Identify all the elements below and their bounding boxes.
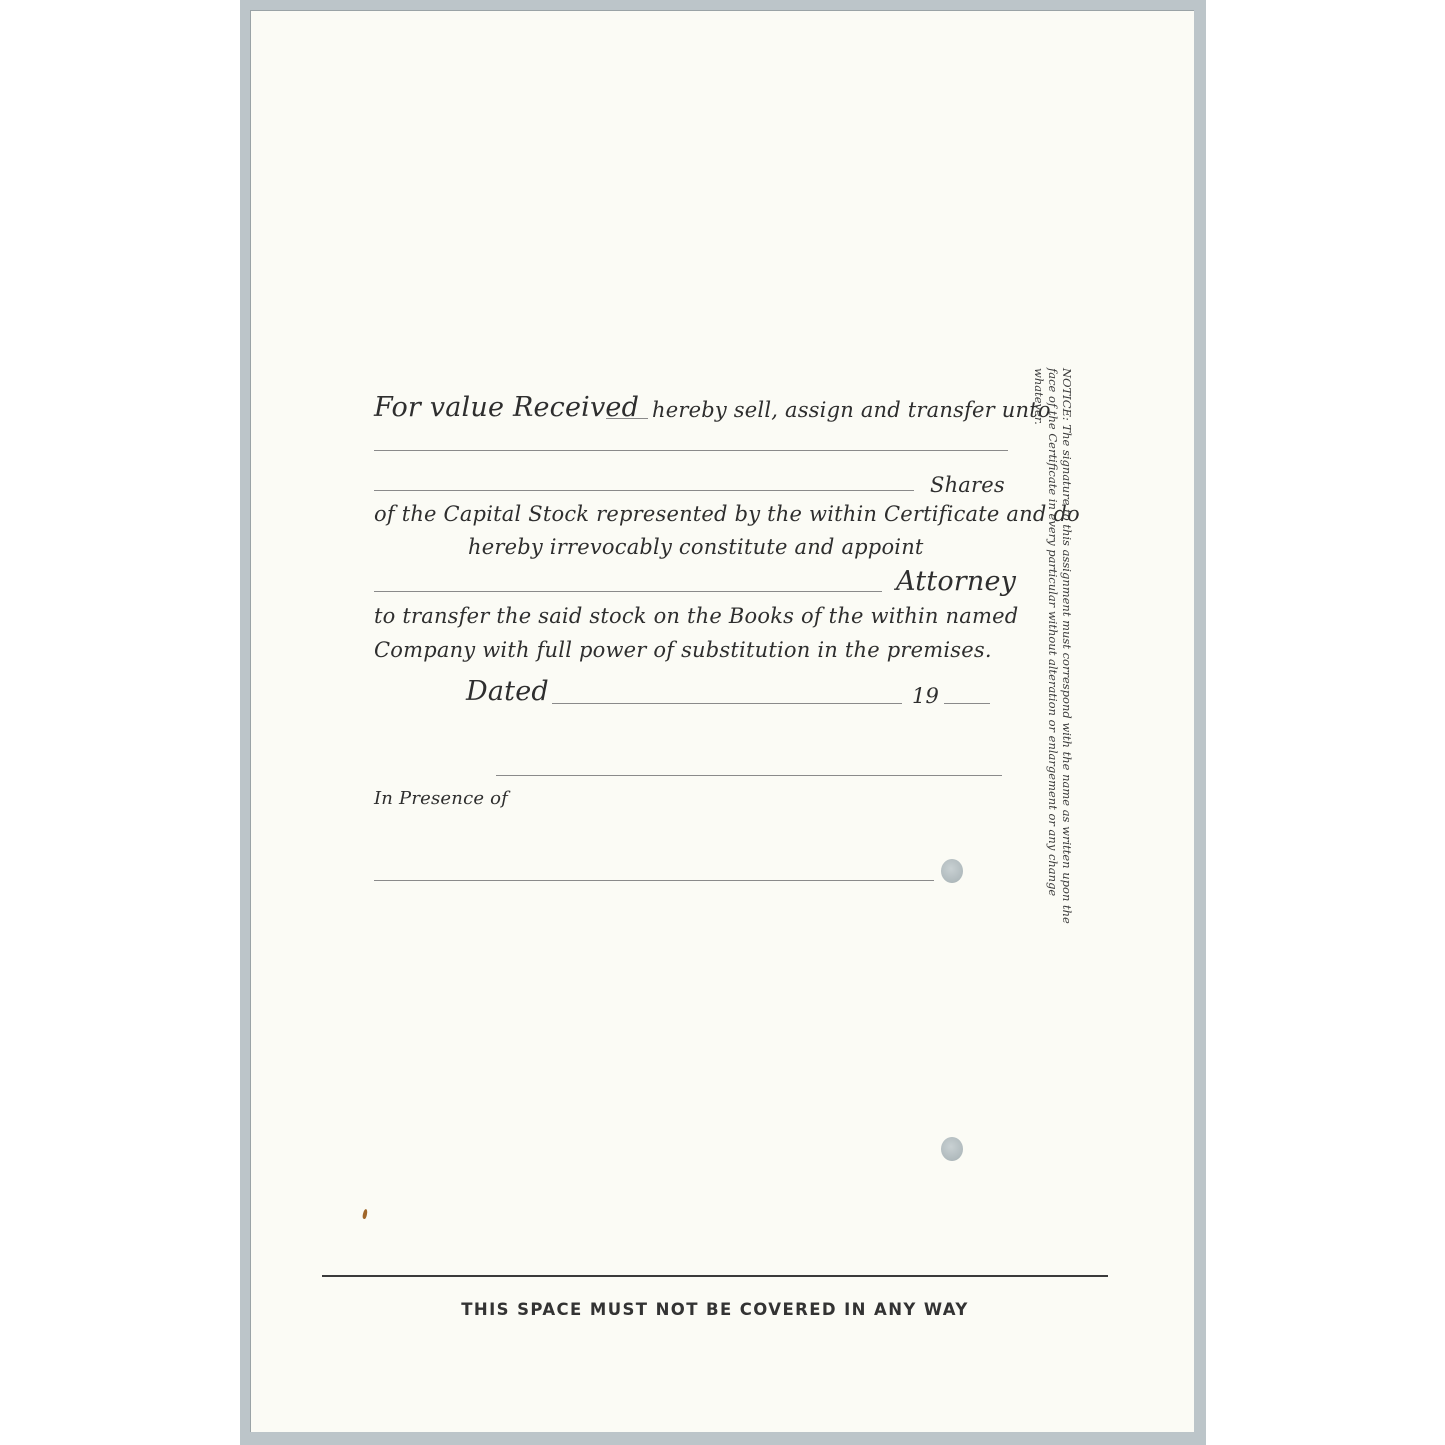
capital-stock-text: of the Capital Stock represented by the …: [374, 502, 1080, 526]
to-transfer-text: to transfer the said stock on the Books …: [374, 604, 1018, 628]
year-blank[interactable]: [944, 703, 990, 704]
in-presence-of-label: In Presence of: [374, 788, 508, 809]
date-blank[interactable]: [552, 703, 902, 704]
signature-blank[interactable]: [496, 775, 1002, 776]
do-not-cover-warning: THIS SPACE MUST NOT BE COVERED IN ANY WA…: [322, 1300, 1108, 1319]
dated-label: Dated: [466, 676, 549, 707]
year-prefix-label: 19: [912, 684, 939, 708]
for-value-received-label: For value Received: [374, 392, 639, 423]
punch-hole: [941, 1137, 963, 1161]
attorney-name-blank[interactable]: [374, 591, 882, 592]
seller-name-blank[interactable]: [606, 418, 648, 419]
punch-hole: [941, 859, 963, 883]
witness-signature-blank[interactable]: [374, 880, 934, 881]
sell-assign-transfer-text: hereby sell, assign and transfer unto: [652, 398, 1051, 422]
assignee-name-blank[interactable]: [374, 450, 1008, 451]
signature-notice: NOTICE: The signature to this assignment…: [1034, 368, 1074, 948]
bottom-divider: [322, 1275, 1108, 1277]
company-power-text: Company with full power of substitution …: [374, 638, 992, 662]
shares-count-blank[interactable]: [374, 490, 914, 491]
attorney-label: Attorney: [896, 566, 1016, 597]
hereby-appoint-text: hereby irrevocably constitute and appoin…: [468, 535, 924, 559]
shares-label: Shares: [930, 473, 1005, 497]
